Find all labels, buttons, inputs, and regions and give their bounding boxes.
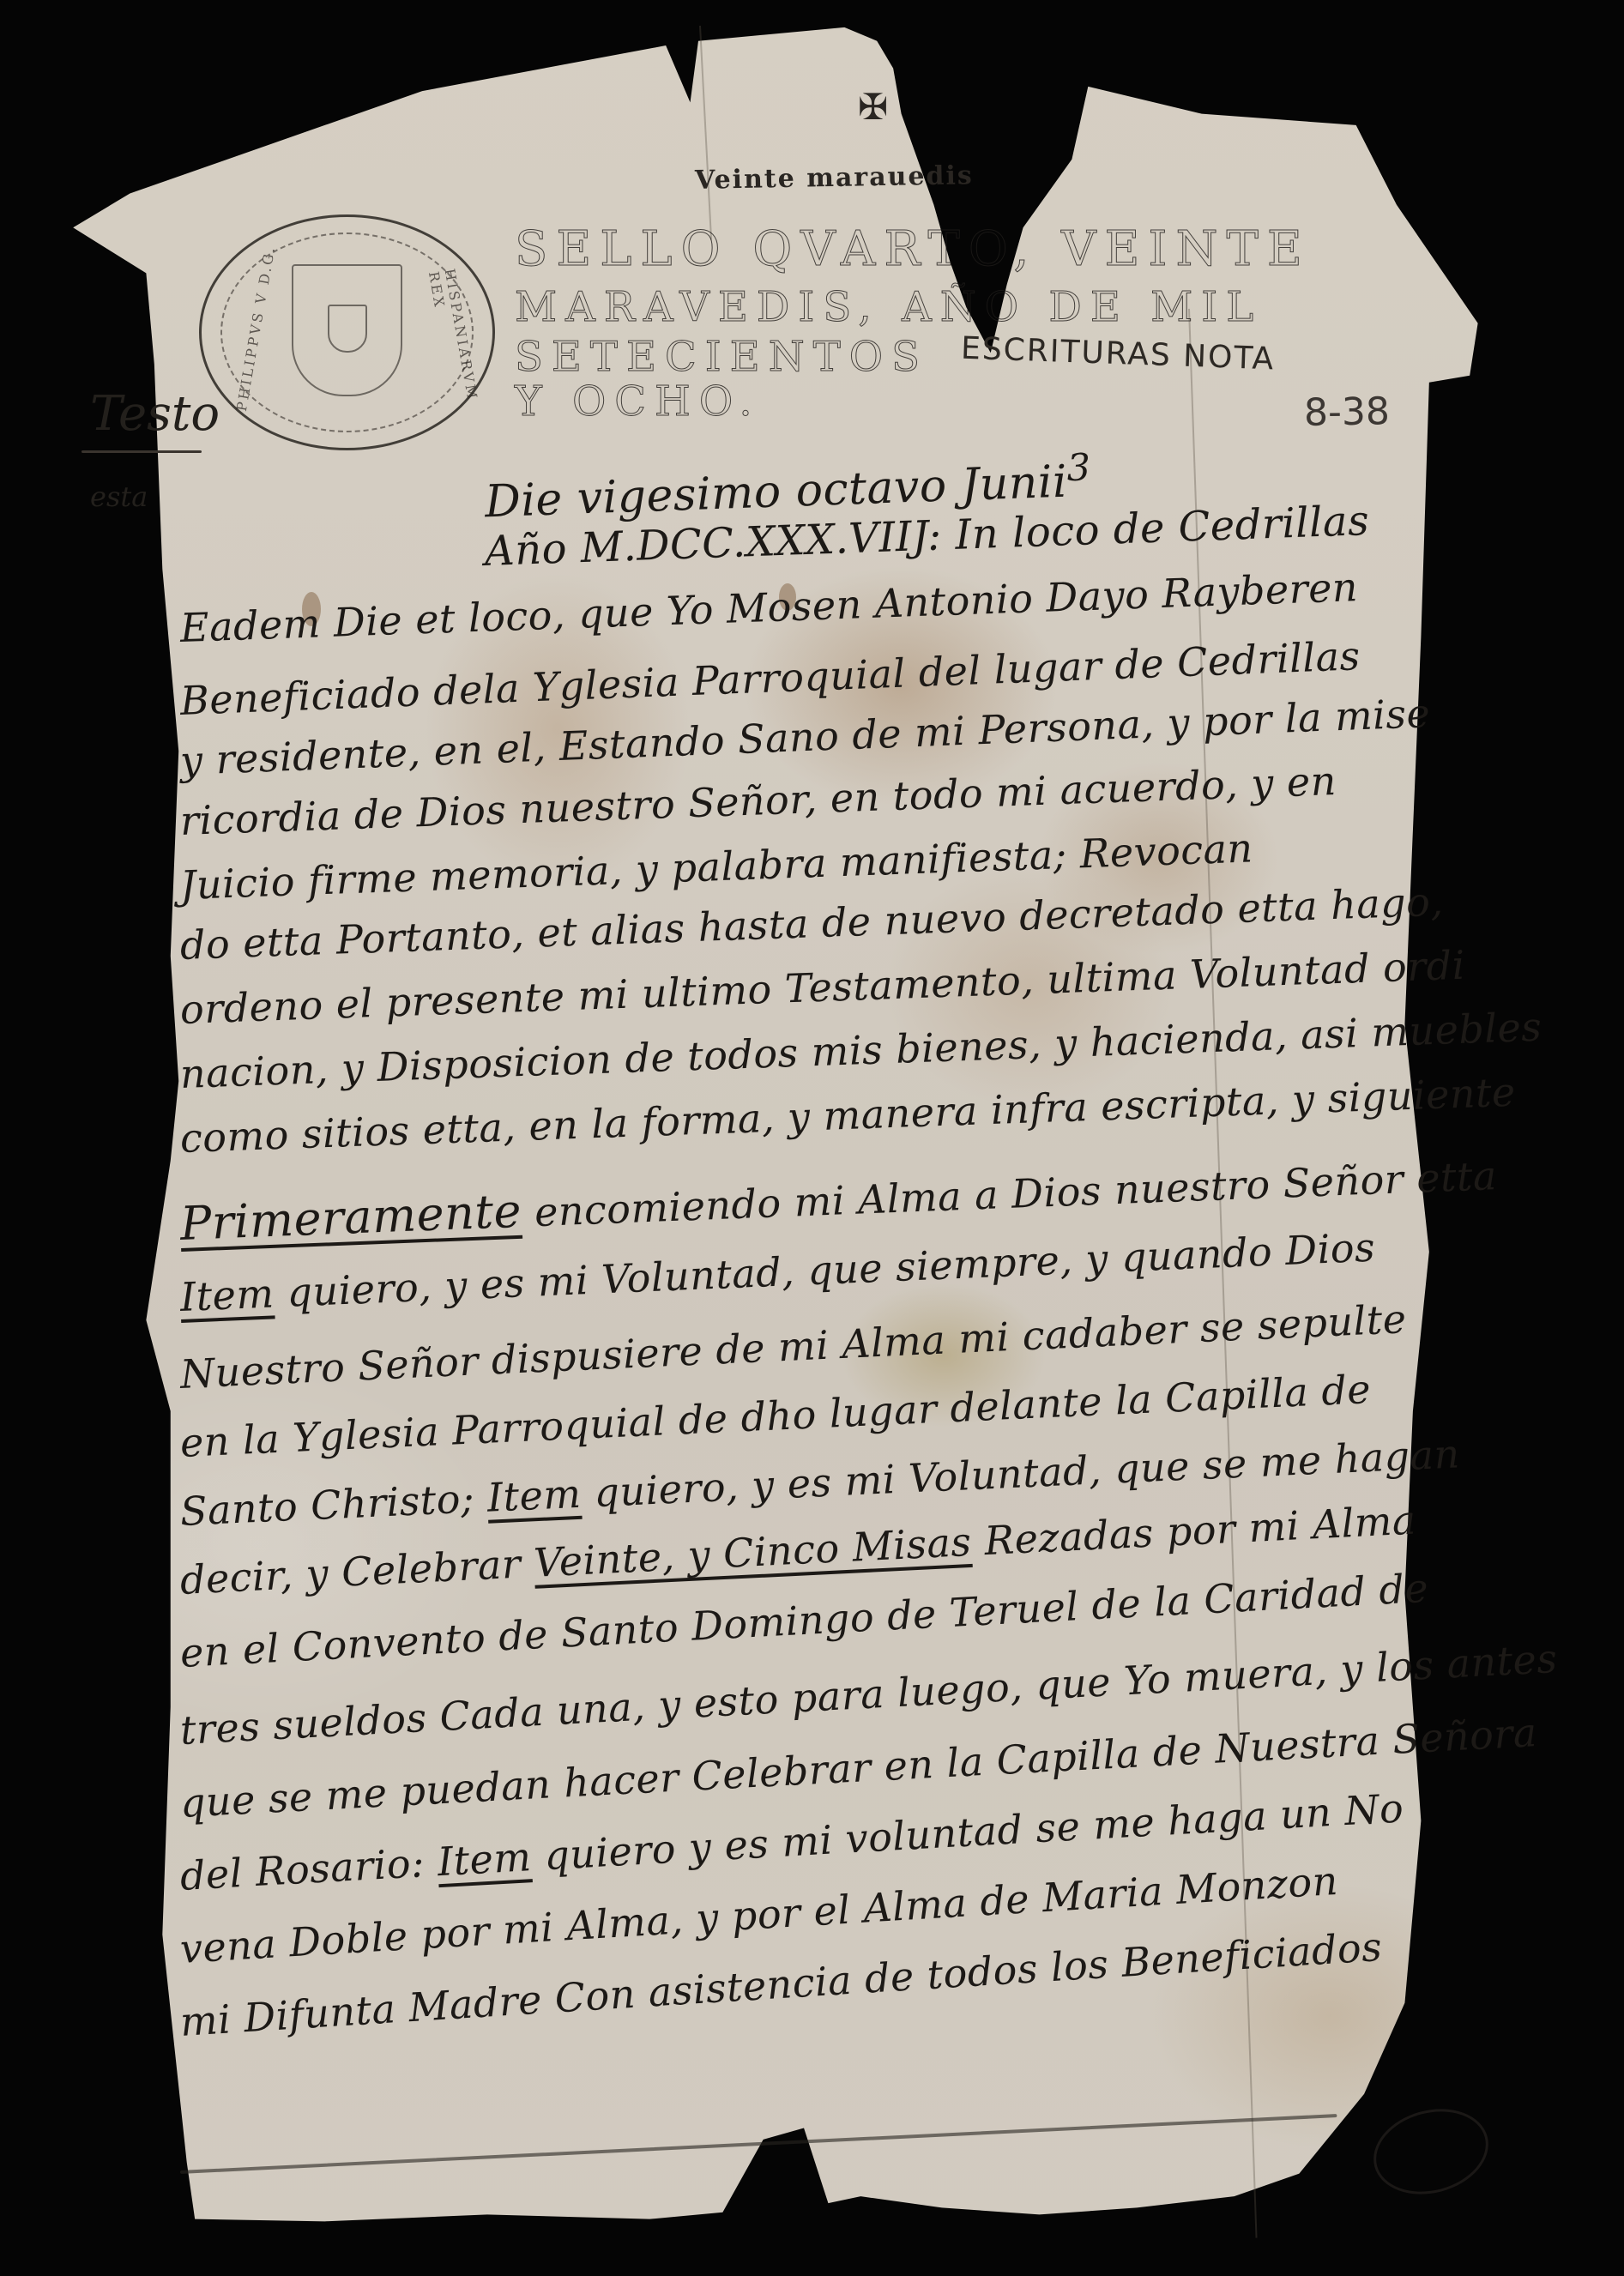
- stamp-line-2: MARAVEDIS, AÑO DE MIL: [515, 283, 1262, 331]
- stamp-line-3: SETECIENTOS: [515, 333, 928, 381]
- margin-rule: [82, 450, 202, 453]
- line-underlined-heading: Item: [486, 1470, 583, 1521]
- line-underlined-heading: Item: [179, 1270, 275, 1320]
- folio-number: 8-38: [1304, 389, 1391, 435]
- margin-note-testo: Testo: [90, 386, 220, 442]
- stamp-line-4: Y OCHO.: [515, 377, 761, 426]
- margin-note-esta: esta: [90, 480, 148, 513]
- royal-seal: PHILIPPVS V D.G. HISPANIARVM REX: [199, 214, 495, 450]
- stamp-line-1: SELLO QVARTO, VEINTE: [515, 221, 1311, 277]
- coat-of-arms-icon: [292, 264, 402, 396]
- line-superscript: 3: [1066, 446, 1092, 490]
- stamp-value-text: Veinte marauedis: [695, 160, 974, 196]
- cross-ornament-icon: ✠: [858, 86, 888, 128]
- rubric-flourish-icon: [1364, 2097, 1498, 2207]
- line-underlined-heading: Item: [436, 1833, 532, 1885]
